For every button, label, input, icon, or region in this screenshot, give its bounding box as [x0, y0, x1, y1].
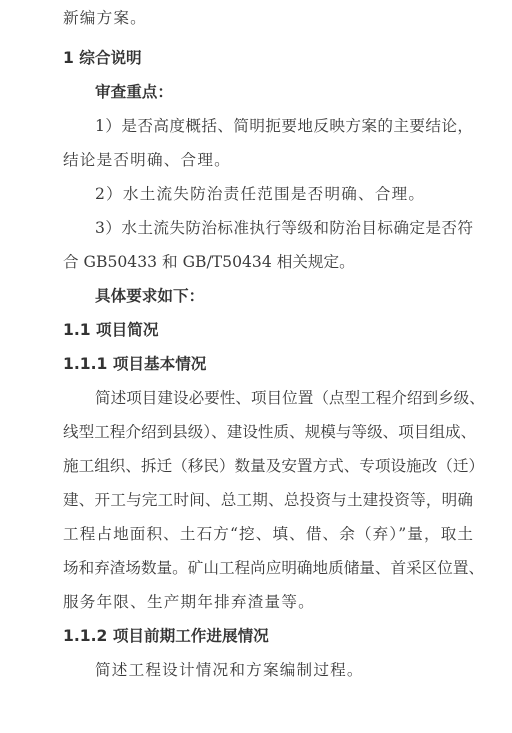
requirements-label: 具体要求如下： [95, 286, 204, 306]
review-item-2: 2）水土流失防治责任范围是否明确、合理。 [95, 184, 425, 204]
review-item-1: 1）是否高度概括、简明扼要地反映方案的主要结论， [95, 116, 473, 136]
basic-info-paragraph-line: 线型工程介绍到县级）、建设性质、规模与等级、项目组成、 [63, 422, 473, 442]
section-heading-1-1-2: 1.1.2 项目前期工作进展情况 [63, 626, 269, 646]
basic-info-paragraph-line: 工程占地面积、土石方“挖、填、借、余（弃）”量，取土 [63, 524, 473, 544]
section-heading-1: 1 综合说明 [63, 48, 142, 68]
section-heading-1-1: 1.1 项目简况 [63, 320, 158, 340]
review-item-3-cont: 合 GB50433 和 GB/T50434 相关规定。 [63, 252, 355, 272]
basic-info-paragraph-line: 施工组织、拆迁（移民）数量及安置方式、专项设施改（迁） [63, 456, 473, 476]
basic-info-paragraph: 简述项目建设必要性、项目位置（点型工程介绍到乡级、 [95, 388, 473, 408]
basic-info-paragraph-line: 服务年限、生产期年排弃渣量等。 [63, 592, 315, 612]
paragraph-continuation: 新编方案。 [63, 8, 147, 28]
review-focus-label: 审查重点： [95, 82, 173, 102]
basic-info-paragraph-line: 建、开工与完工时间、总工期、总投资与土建投资等，明确 [63, 490, 473, 510]
section-heading-1-1-1: 1.1.1 项目基本情况 [63, 354, 206, 374]
progress-paragraph-1: 简述工程设计情况和方案编制过程。 [95, 660, 364, 680]
basic-info-paragraph-line: 场和弃渣场数量。矿山工程尚应明确地质储量、首采区位置、 [63, 558, 473, 578]
review-item-1-cont: 结论是否明确、合理。 [63, 150, 231, 170]
review-item-3: 3）水土流失防治标准执行等级和防治目标确定是否符 [95, 218, 473, 238]
